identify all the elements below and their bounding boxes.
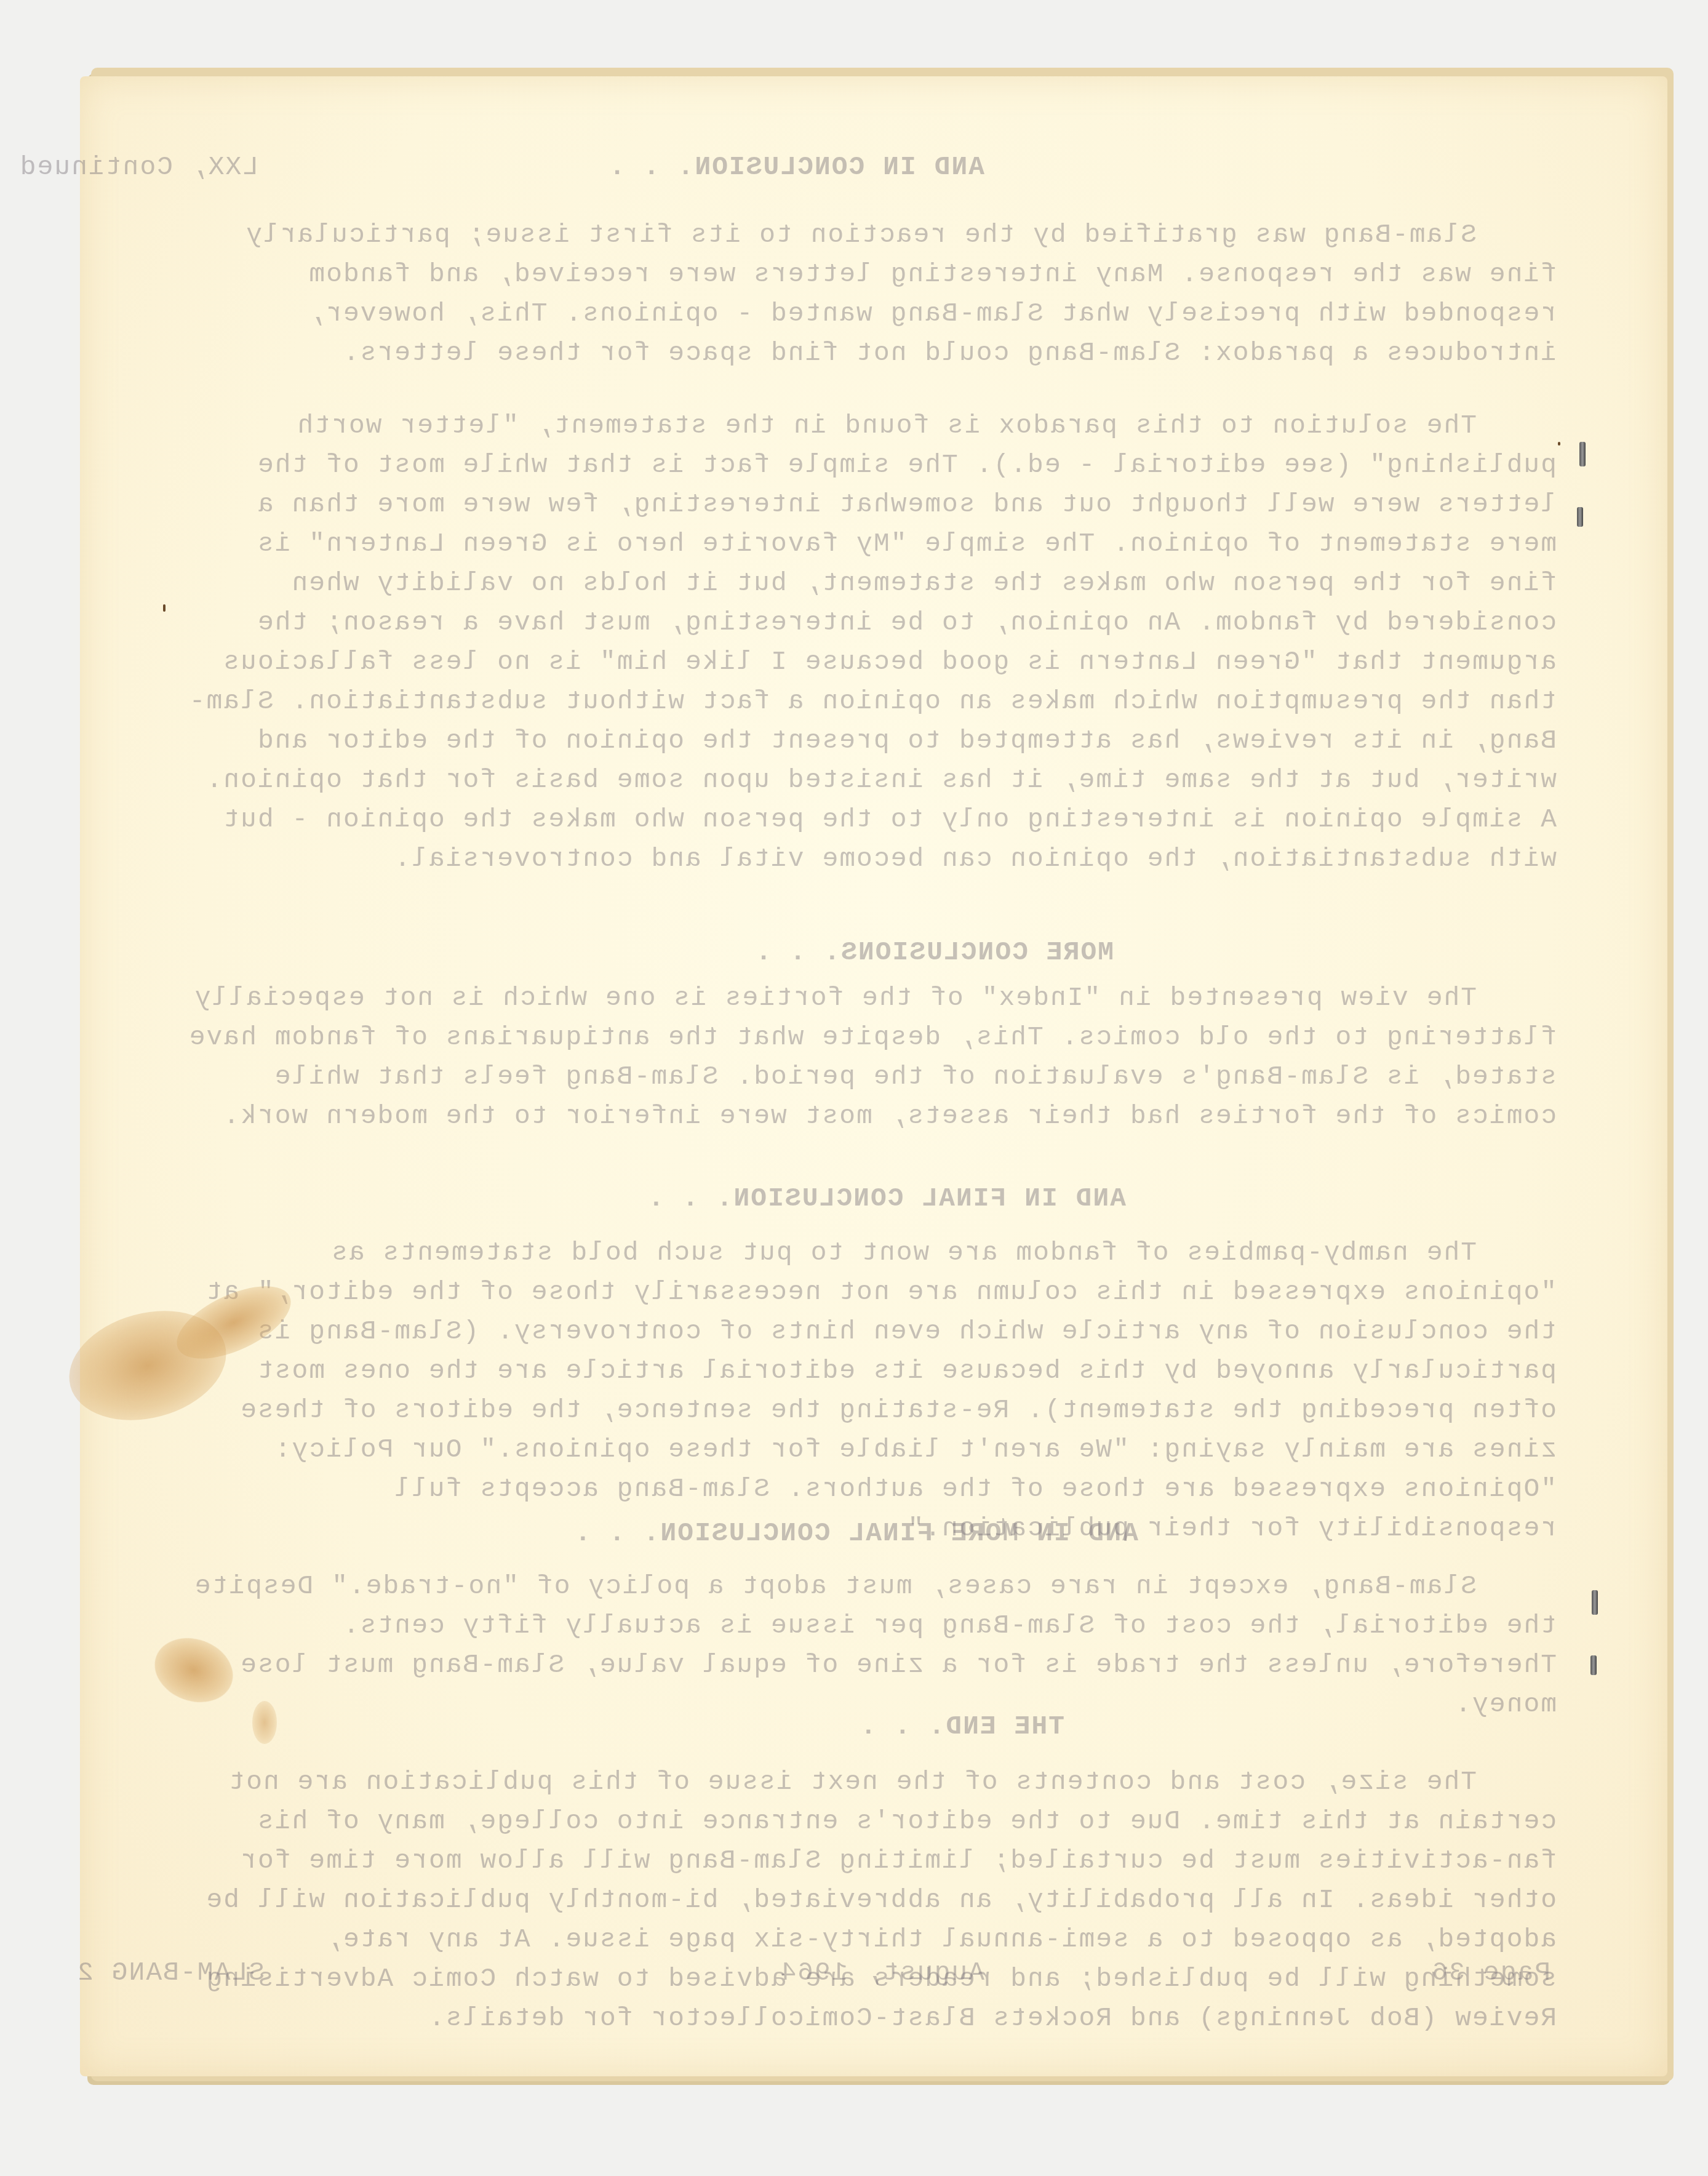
heading-more-conclusions: MORE CONCLUSIONS. . . xyxy=(754,933,1114,972)
paragraph-no-trade-policy: Slam-Bang, except in rare cases, must ad… xyxy=(178,1567,1557,1724)
staple-bottom-upper xyxy=(1592,1590,1598,1615)
document-page: LXX, Continued AND IN CONCLUSION. . . Sl… xyxy=(80,76,1667,2076)
staple-top-upper xyxy=(1579,442,1586,466)
heading-more-final-conclusion: AND IN MORE FINAL CONCLUSION. . . xyxy=(573,1514,1138,1553)
staple-bottom-lower xyxy=(1590,1655,1597,1675)
speck xyxy=(1558,442,1560,446)
stain-lower-left-drip xyxy=(252,1701,277,1744)
staple-top-lower xyxy=(1577,507,1583,527)
speck xyxy=(163,604,166,612)
paragraph-letters-response: Slam-Bang was gratified by the reaction … xyxy=(178,215,1557,373)
paragraph-paradox-solution: The solution to this paradox is found in… xyxy=(178,406,1557,879)
paragraph-namby-pambies: The namby-pambies of fandom are wont to … xyxy=(178,1233,1557,1548)
footer-publication: SLAM-BANG 2 xyxy=(76,1953,265,1993)
heading-final-conclusion: AND IN FINAL CONCLUSION. . . xyxy=(647,1179,1126,1218)
footer-page-number: Page 36 xyxy=(1431,1953,1550,1993)
header-section-continued: LXX, Continued xyxy=(19,148,258,187)
paragraph-next-issue: The size, cost and contents of the next … xyxy=(178,1762,1557,2038)
footer-date: August, 1964 xyxy=(779,1953,984,1993)
heading-the-end: THE END. . . xyxy=(859,1707,1064,1746)
paragraph-index-forties: The view presented in "Index" of the for… xyxy=(178,978,1557,1136)
header-title: AND IN CONCLUSION. . . xyxy=(608,148,984,187)
mirrored-text-layer: LXX, Continued AND IN CONCLUSION. . . Sl… xyxy=(80,76,1667,2076)
